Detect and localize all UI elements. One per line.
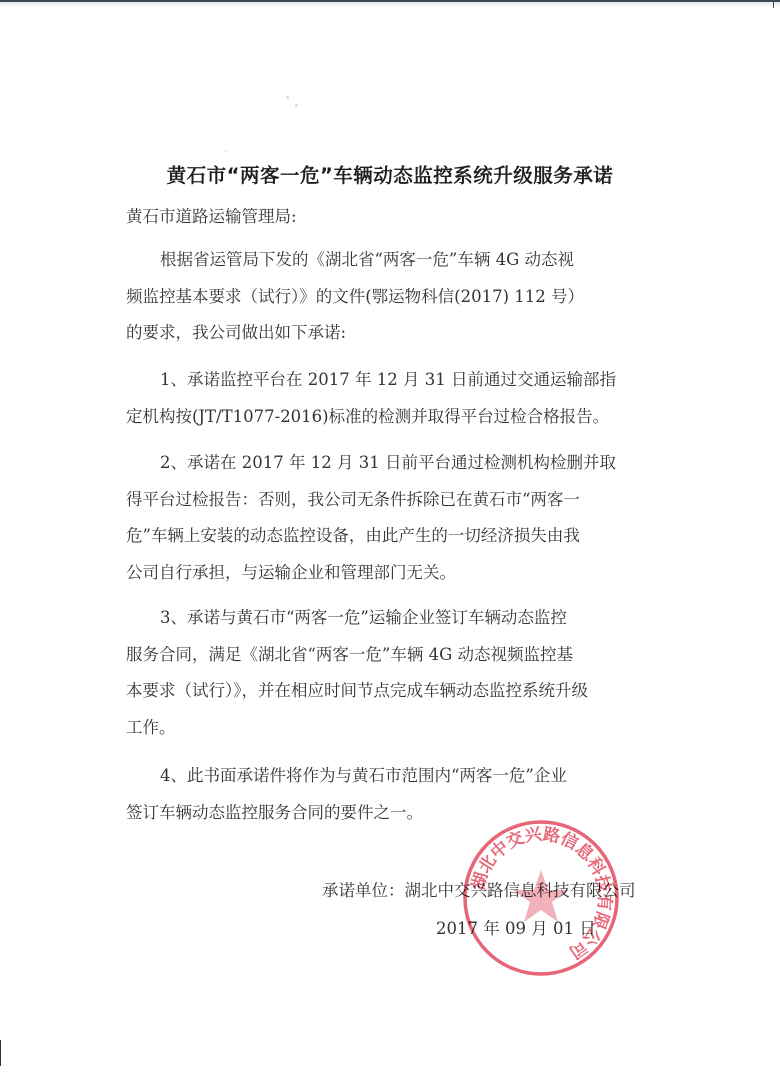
- commitment-line: 工作。: [126, 710, 646, 747]
- intro-line: 频监控基本要求（试行）》的文件(鄂运物科信(2017) 112 号）: [126, 279, 646, 316]
- intro-line: 的要求，我公司做出如下承诺:: [126, 315, 646, 352]
- commitment-3: 3、承诺与黄石市“两客一危”运输企业签订车辆动态监控 服务合同，满足《湖北省“两…: [126, 600, 646, 746]
- commitment-line: 4、此书面承诺件将作为与黄石市范围内“两客一危”企业: [126, 758, 646, 795]
- commitment-line: 服务合同，满足《湖北省“两客一危”车辆 4G 动态视频监控基: [126, 637, 646, 674]
- company-seal-stamp: 湖北中交兴路信息科技有限公司: [461, 818, 621, 978]
- commitment-line: 危”车辆上安装的动态监控设备，由此产生的一切经济损失由我: [126, 518, 646, 555]
- commitment-line: 定机构按(JT/T1077-2016)标准的检测并取得平台过检合格报告。: [126, 399, 646, 436]
- commitment-line: 本要求（试行）》，并在相应时间节点完成车辆动态监控系统升级: [126, 673, 646, 710]
- commitment-1: 1、承诺监控平台在 2017 年 12 月 31 日前通过交通运输部指 定机构按…: [126, 362, 646, 435]
- document-page: 黄石市“两客一危”车辆动态监控系统升级服务承诺 黄石市道路运输管理局: 根据省运…: [0, 0, 780, 1072]
- document-title: 黄石市“两客一危”车辆动态监控系统升级服务承诺: [0, 160, 780, 188]
- commitment-line: 1、承诺监控平台在 2017 年 12 月 31 日前通过交通运输部指: [126, 362, 646, 399]
- star-icon: [513, 870, 569, 922]
- greeting: 黄石市道路运输管理局:: [126, 203, 297, 227]
- intro-paragraph: 根据省运管局下发的《湖北省“两客一危”车辆 4G 动态视 频监控基本要求（试行）…: [126, 242, 646, 352]
- commitment-line: 3、承诺与黄石市“两客一危”运输企业签订车辆动态监控: [126, 600, 646, 637]
- commitment-line: 公司自行承担，与运输企业和管理部门无关。: [126, 555, 646, 592]
- commitment-line: 2、承诺在 2017 年 12 月 31 日前平台通过检测机构检删并取: [126, 445, 646, 482]
- intro-line: 根据省运管局下发的《湖北省“两客一危”车辆 4G 动态视: [126, 242, 646, 279]
- commitment-2: 2、承诺在 2017 年 12 月 31 日前平台通过检测机构检删并取 得平台过…: [126, 445, 646, 591]
- commitment-line: 得平台过检报告：否则，我公司无条件拆除已在黄石市“两客一: [126, 482, 646, 519]
